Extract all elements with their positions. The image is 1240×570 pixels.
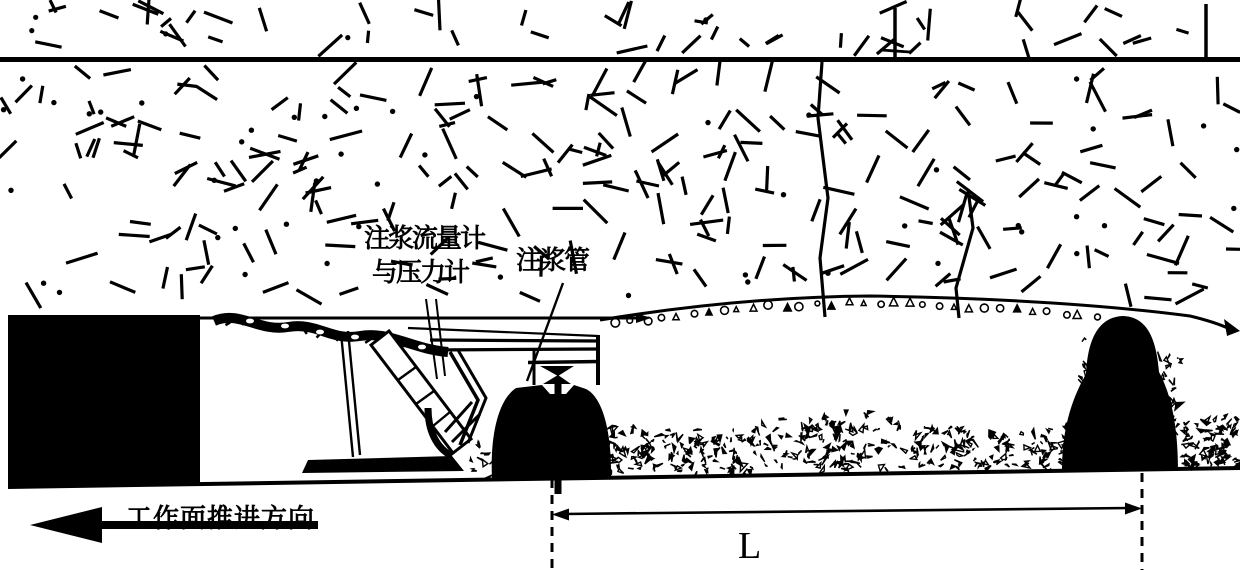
leader-line-flowmeter-2 <box>436 299 445 376</box>
patent-mining-diagram: 注浆流量计 与压力计 注浆管 工作面推进方向 L <box>0 0 1240 570</box>
rear-canopy-beam-bottom <box>430 349 598 350</box>
flowmeter-label-line1: 注浆流量计 <box>364 226 484 253</box>
advance-arrowhead <box>30 507 102 543</box>
diagram-canvas <box>0 0 1240 570</box>
grout-pipe-label: 注浆管 <box>516 248 588 275</box>
overburden-rock-texture <box>0 60 1240 309</box>
grout-column-front <box>492 385 611 478</box>
span-dimension-label: L <box>738 524 761 568</box>
coal-seam-block <box>8 315 200 485</box>
strata-fracture-line-main <box>818 62 828 317</box>
advance-direction-label: 工作面推进方向 <box>126 506 315 533</box>
surface-soil-texture <box>29 0 1188 58</box>
grout-column-rear <box>1062 316 1178 471</box>
dimension-arrowhead-left <box>552 509 569 521</box>
rear-canopy-beam-mid <box>430 340 598 341</box>
dimension-arrow-line <box>564 508 1130 514</box>
flowmeter-label-line2: 与压力计 <box>372 260 468 287</box>
arch-curve-arrowhead <box>1224 319 1240 336</box>
rear-canopy-beam-top <box>408 328 598 336</box>
dimension-arrowhead-right <box>1125 503 1142 515</box>
valve-symbol-upper <box>540 366 574 376</box>
dimension-span <box>552 473 1142 570</box>
support-base-plate <box>302 456 464 473</box>
support-front-strut <box>341 333 353 457</box>
